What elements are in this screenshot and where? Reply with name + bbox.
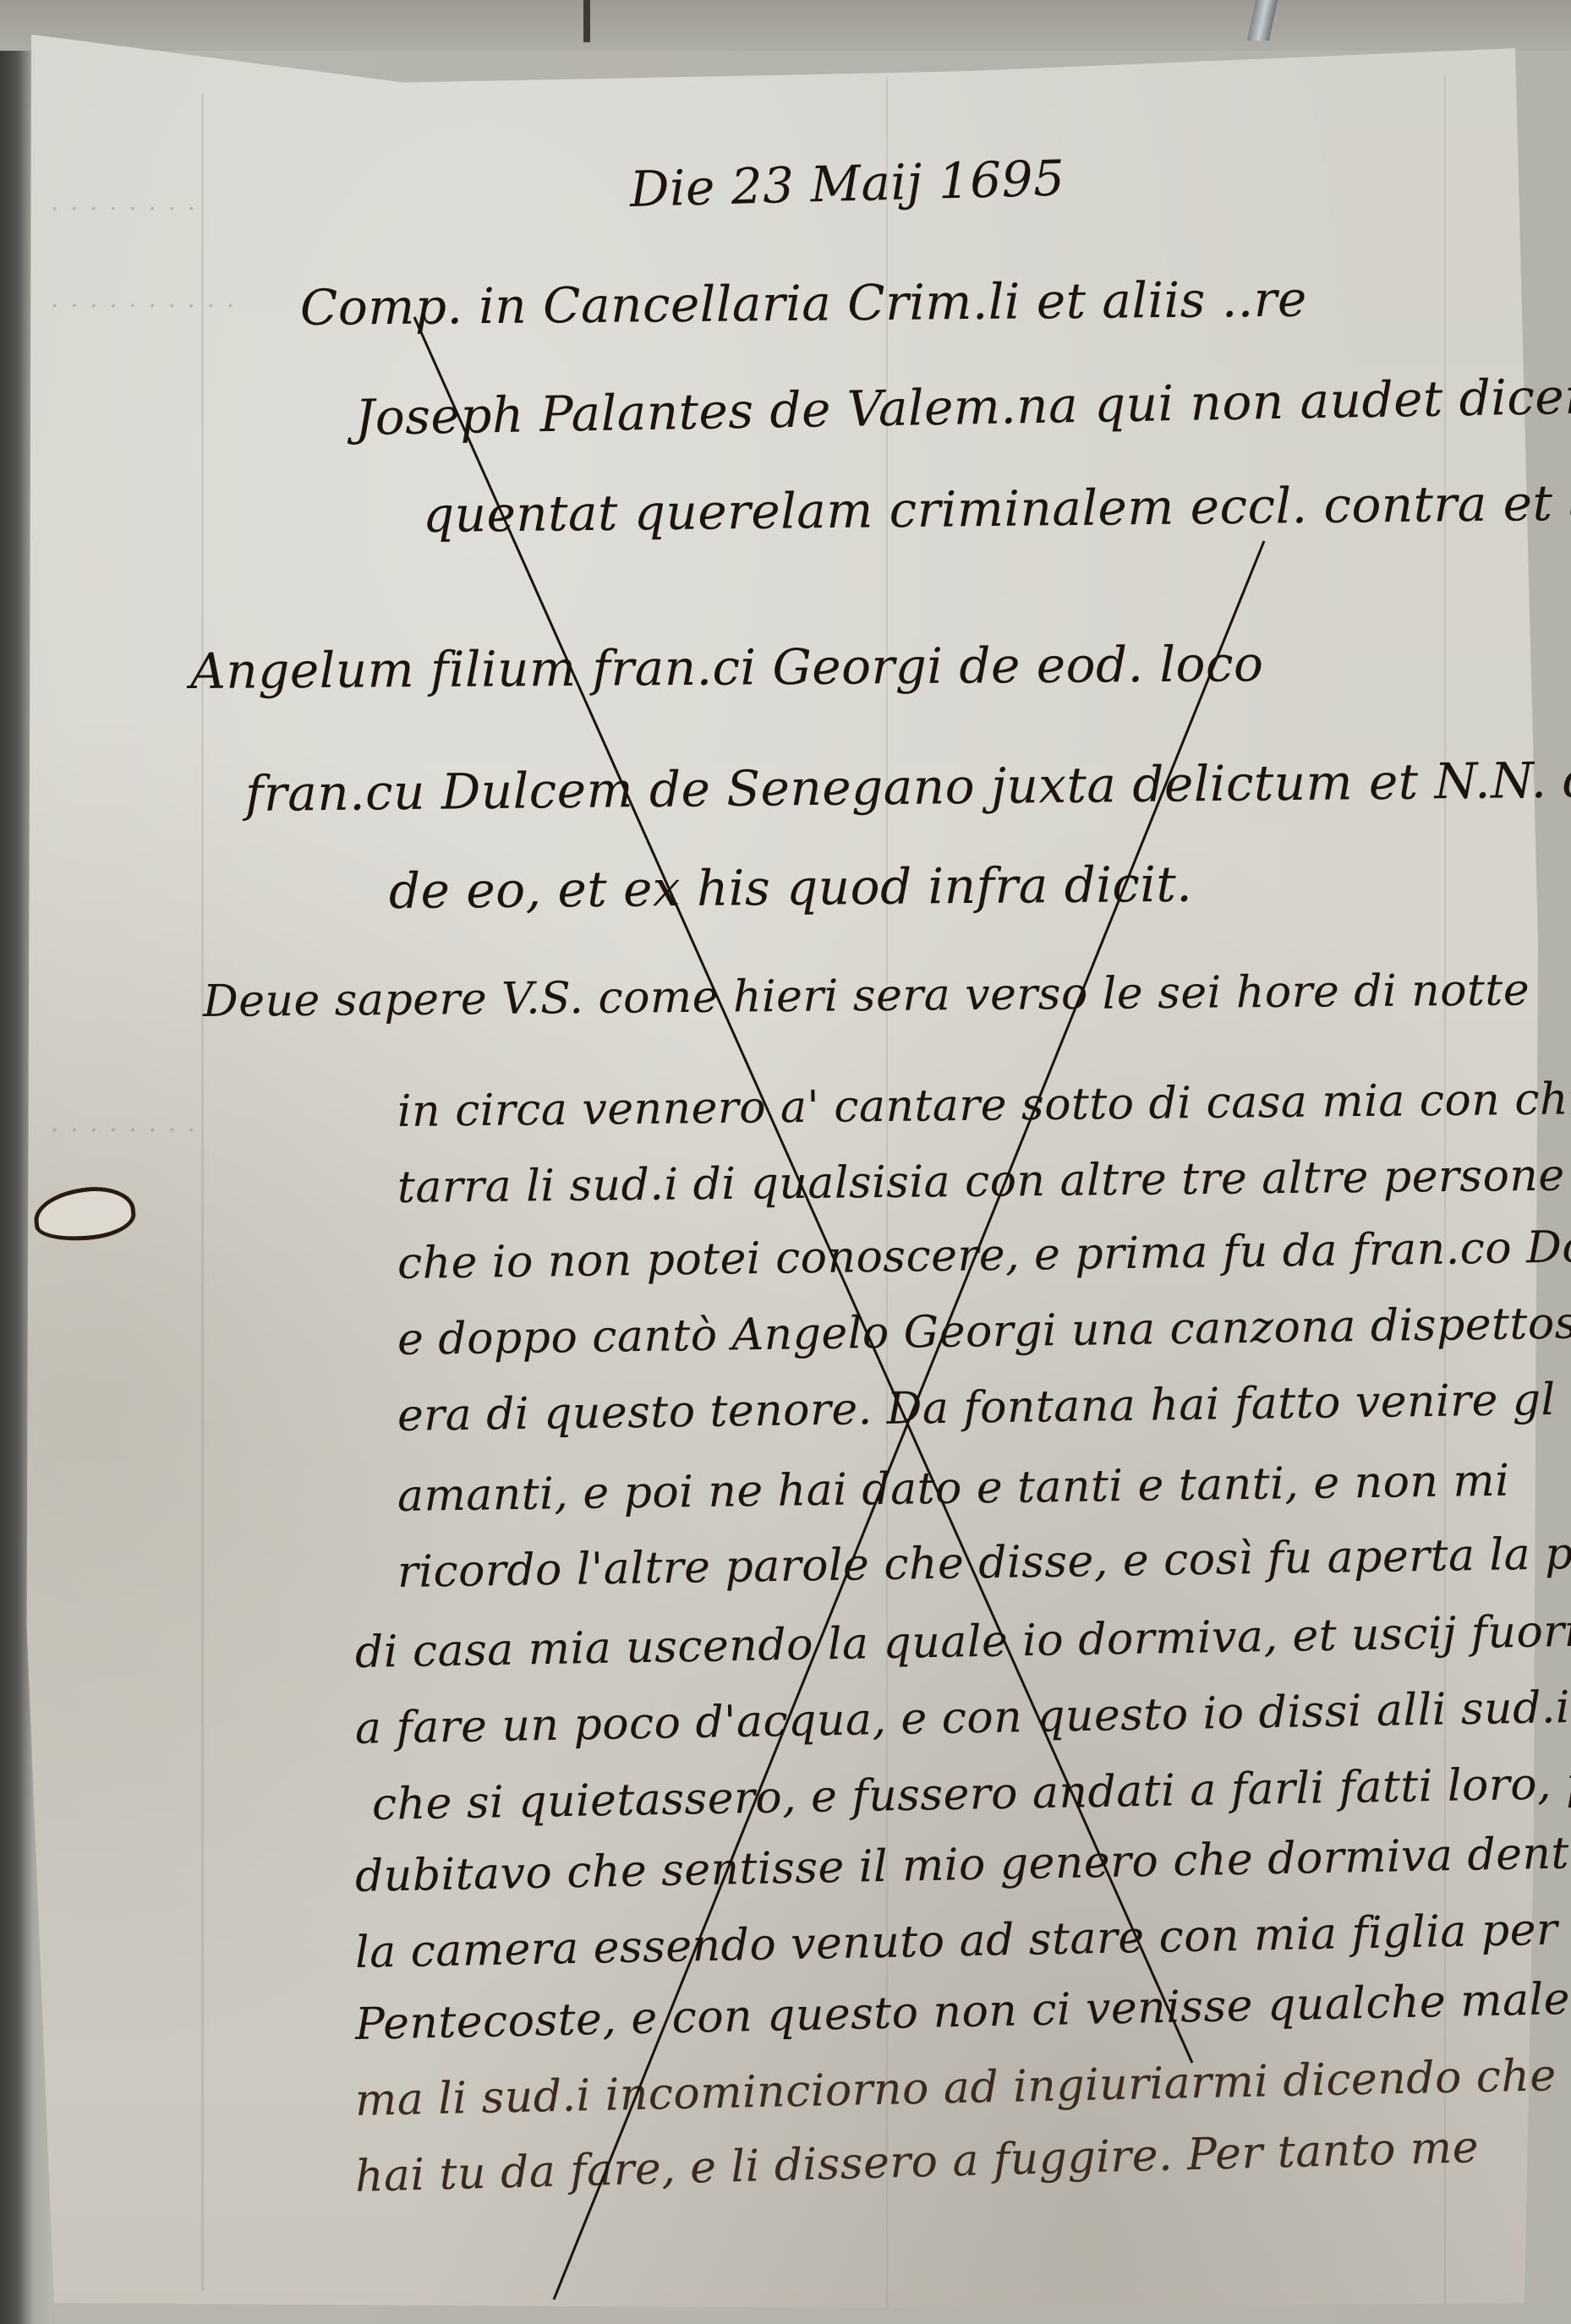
date-line: Die 23 Maij 1695	[629, 150, 1065, 218]
bleedthrough-text: · · · · · · · ·	[51, 1116, 197, 1146]
accused-line: Angelum filium fran.ci Georgi de eod. lo…	[190, 635, 1264, 700]
accused-line: de eo, et ex his quod infra dicit.	[389, 856, 1193, 920]
wooden-board	[0, 0, 1571, 51]
paper-fold	[201, 93, 204, 2291]
bleedthrough-text: · · · · · · · · · ·	[51, 292, 236, 321]
board-seam	[583, 0, 590, 42]
preamble-line: Comp. in Cancellaria Crim.li et aliis ..…	[300, 271, 1307, 336]
bleedthrough-text: · · · · · · · ·	[51, 194, 197, 224]
